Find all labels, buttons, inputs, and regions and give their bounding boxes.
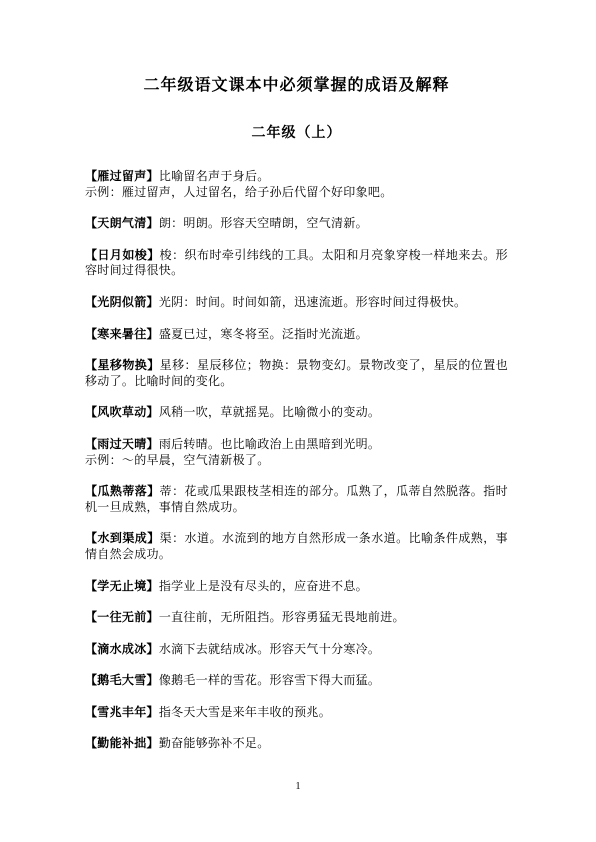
idiom-term: 【风吹草动】 — [85, 405, 159, 419]
idiom-definition: 朗：明朗。形容天空晴朗，空气清新。 — [159, 216, 368, 230]
idiom-term: 【雪兆丰年】 — [85, 705, 159, 719]
idiom-entry: 【雁过留声】比喻留名声于身后。示例：雁过留声，人过留名，给子孙后代留个好印象吧。 — [85, 169, 508, 200]
idiom-term: 【天朗气清】 — [85, 216, 159, 230]
idiom-term: 【瓜熟蒂落】 — [85, 484, 160, 498]
idiom-definition: 勤奋能够弥补不足。 — [159, 736, 270, 750]
idiom-example: 示例：雁过留声，人过留名，给子孙后代留个好印象吧。 — [85, 185, 508, 201]
idiom-entry: 【雪兆丰年】指冬天大雪是来年丰收的预兆。 — [85, 705, 508, 721]
document-title: 二年级语文课本中必须掌握的成语及解释 — [85, 76, 508, 96]
idiom-entry: 【鹅毛大雪】像鹅毛一样的雪花。形容雪下得大而猛。 — [85, 673, 508, 689]
idiom-list: 【雁过留声】比喻留名声于身后。示例：雁过留声，人过留名，给子孙后代留个好印象吧。… — [85, 169, 508, 752]
idiom-term: 【鹅毛大雪】 — [85, 673, 159, 687]
idiom-entry: 【雨过天晴】雨后转晴。也比喻政治上由黑暗到光明。示例：～的早晨，空气清新极了。 — [85, 437, 508, 468]
idiom-entry: 【星移物换】星移：星辰移位；物换：景物变幻。景物改变了，星辰的位置也移动了。比喻… — [85, 358, 508, 389]
idiom-entry: 【风吹草动】风稍一吹，草就摇晃。比喻微小的变动。 — [85, 405, 508, 421]
idiom-term: 【勤能补拙】 — [85, 736, 159, 750]
idiom-definition: 指学业上是没有尽头的，应奋进不息。 — [159, 579, 368, 593]
idiom-entry: 【水到渠成】渠：水道。水流到的地方自然形成一条水道。比喻条件成熟，事情自然会成功… — [85, 531, 508, 562]
idiom-definition: 盛夏已过，寒冬将至。泛指时光流逝。 — [159, 327, 368, 341]
idiom-term: 【雁过留声】 — [85, 169, 159, 183]
idiom-entry: 【瓜熟蒂落】蒂：花或瓜果跟枝茎相连的部分。瓜熟了，瓜蒂自然脱落。指时机一旦成熟，… — [85, 484, 508, 515]
idiom-entry: 【学无止境】指学业上是没有尽头的，应奋进不息。 — [85, 579, 508, 595]
idiom-definition: 光阴：时间。时间如箭，迅速流逝。形容时间过得极快。 — [159, 295, 467, 309]
idiom-entry: 【光阴似箭】光阴：时间。时间如箭，迅速流逝。形容时间过得极快。 — [85, 295, 508, 311]
idiom-entry: 【天朗气清】朗：明朗。形容天空晴朗，空气清新。 — [85, 216, 508, 232]
idiom-definition: 像鹅毛一样的雪花。形容雪下得大而猛。 — [159, 673, 380, 687]
idiom-definition: 指冬天大雪是来年丰收的预兆。 — [159, 705, 331, 719]
idiom-definition: 水滴下去就结成冰。形容天气十分寒冷。 — [159, 642, 380, 656]
idiom-term: 【星移物换】 — [85, 358, 160, 372]
idiom-term: 【滴水成冰】 — [85, 642, 159, 656]
page-number: 1 — [0, 781, 596, 793]
section-subtitle: 二年级（上） — [85, 125, 508, 143]
idiom-term: 【一往无前】 — [85, 610, 159, 624]
idiom-term: 【寒来暑往】 — [85, 327, 159, 341]
idiom-entry: 【勤能补拙】勤奋能够弥补不足。 — [85, 736, 508, 752]
idiom-entry: 【滴水成冰】水滴下去就结成冰。形容天气十分寒冷。 — [85, 642, 508, 658]
idiom-term: 【日月如梭】 — [85, 248, 160, 262]
idiom-term: 【学无止境】 — [85, 579, 159, 593]
idiom-example: 示例：～的早晨，空气清新极了。 — [85, 453, 508, 469]
idiom-term: 【光阴似箭】 — [85, 295, 159, 309]
idiom-entry: 【寒来暑往】盛夏已过，寒冬将至。泛指时光流逝。 — [85, 327, 508, 343]
idiom-definition: 雨后转晴。也比喻政治上由黑暗到光明。 — [159, 437, 380, 451]
document-page: 二年级语文课本中必须掌握的成语及解释 二年级（上） 【雁过留声】比喻留名声于身后… — [0, 0, 596, 842]
idiom-definition: 比喻留名声于身后。 — [159, 169, 270, 183]
idiom-term: 【水到渠成】 — [85, 531, 160, 545]
idiom-definition: 风稍一吹，草就摇晃。比喻微小的变动。 — [159, 405, 380, 419]
idiom-entry: 【日月如梭】梭：织布时牵引纬线的工具。太阳和月亮象穿梭一样地来去。形容时间过得很… — [85, 248, 508, 279]
idiom-term: 【雨过天晴】 — [85, 437, 159, 451]
idiom-definition: 一直往前，无所阻挡。形容勇猛无畏地前进。 — [159, 610, 405, 624]
idiom-entry: 【一往无前】一直往前，无所阻挡。形容勇猛无畏地前进。 — [85, 610, 508, 626]
